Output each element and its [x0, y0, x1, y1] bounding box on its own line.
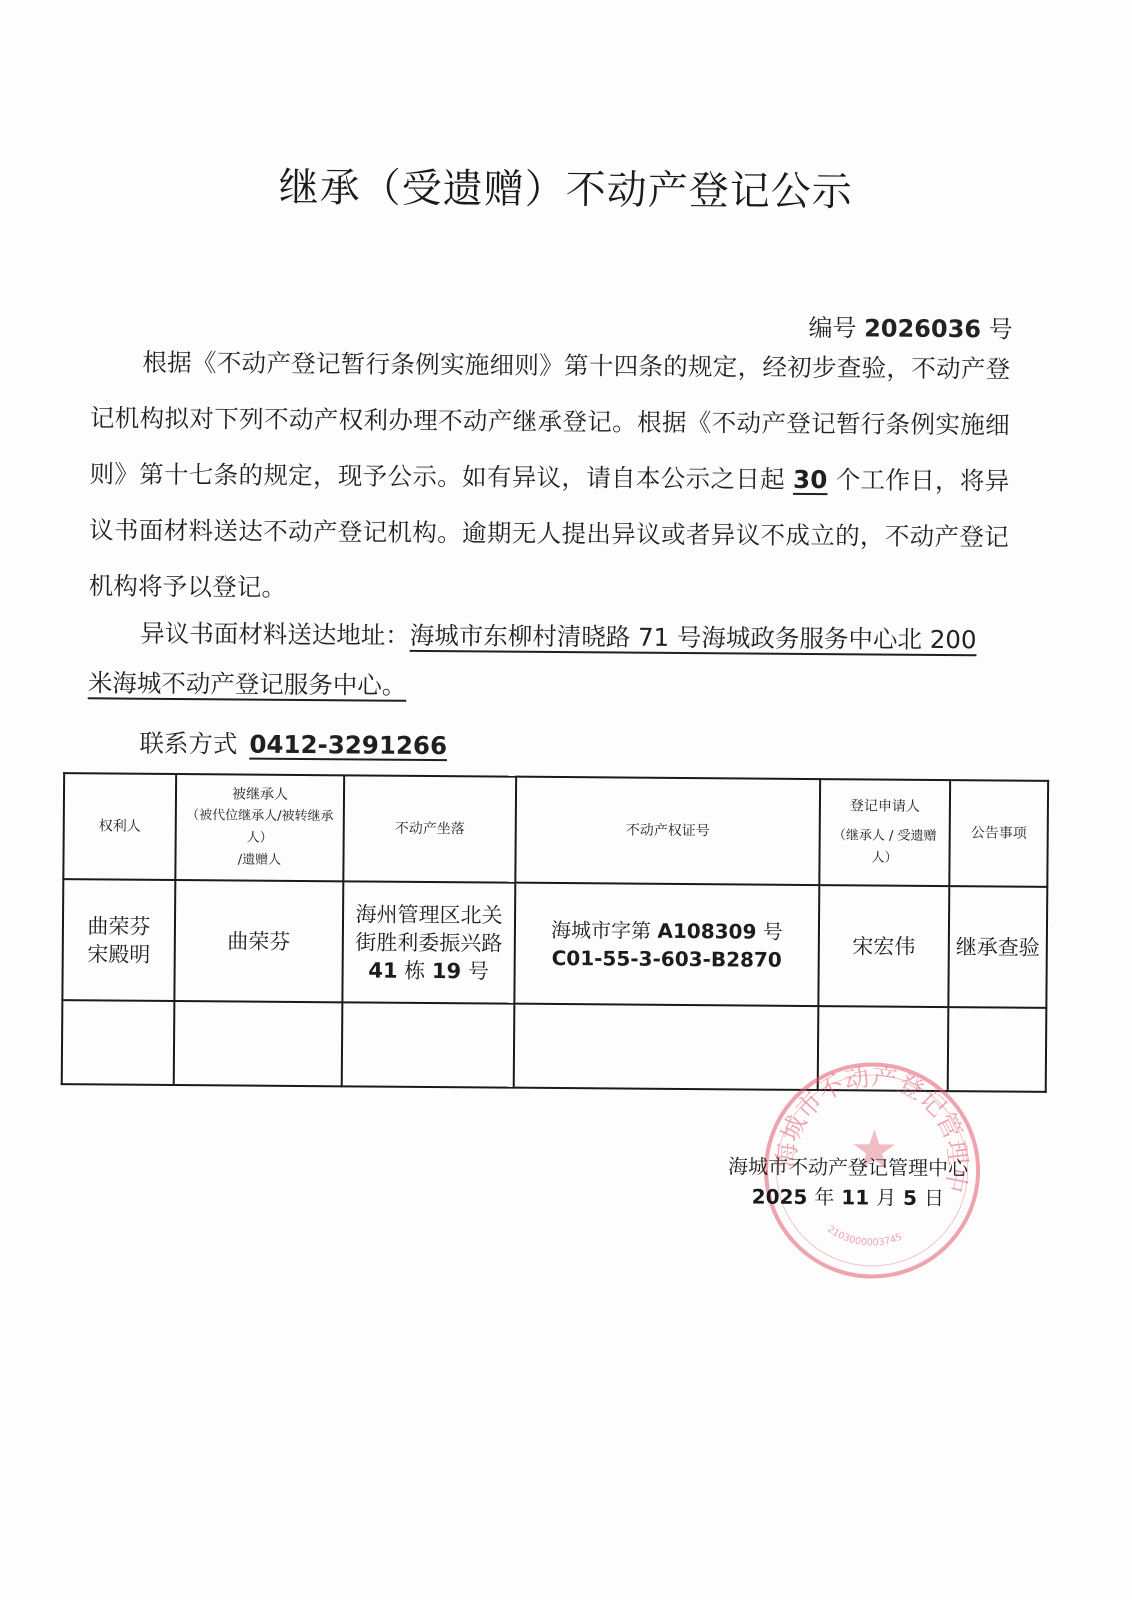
seal-serial-text: 2103000003745 — [825, 1224, 904, 1249]
header-applicant: 登记申请人 （继承人 / 受遗赠人） — [819, 779, 950, 886]
location-building-no: 41 — [368, 958, 397, 982]
empty-cell — [818, 1006, 949, 1091]
cert-suffix: 号 — [763, 919, 783, 943]
notice-paragraph: 根据《不动产登记暂行条例实施细则》第十四条的规定，经初步查验，不动产登记机构拟对… — [88, 334, 1010, 621]
header-decedent-tail: /遗赠人 — [179, 849, 339, 872]
cell-notice-item: 继承查验 — [948, 886, 1047, 1008]
cell-applicant: 宋宏伟 — [818, 885, 949, 1007]
header-decedent-sub: （被代位继承人/被转继承人） — [180, 805, 340, 850]
contact-label: 联系方式 — [139, 729, 237, 759]
empty-cell — [62, 1000, 175, 1085]
date-year: 2025 — [752, 1185, 808, 1209]
svg-text:2103000003745: 2103000003745 — [825, 1224, 904, 1249]
serial-suffix: 号 — [989, 315, 1013, 343]
cert-line2: C01-55-3-603-B2870 — [519, 943, 815, 973]
registration-table: 权利人 被继承人 （被代位继承人/被转继承人） /遗赠人 不动产坐落 不动产权证… — [61, 772, 1049, 1093]
header-applicant-main: 登记申请人 — [824, 795, 946, 818]
header-notice-item: 公告事项 — [949, 780, 1048, 887]
cell-location: 海州管理区北关街胜利委振兴路 41 栋 19 号 — [342, 881, 515, 1003]
location-line1: 海州管理区北关街胜利委振兴路 — [347, 900, 511, 957]
contact-info: 联系方式0412-3291266 — [139, 725, 447, 762]
header-decedent: 被继承人 （被代位继承人/被转继承人） /遗赠人 — [175, 774, 344, 881]
address-label: 异议书面材料送达地址： — [140, 619, 410, 650]
objection-days: 30 — [793, 465, 828, 494]
objection-address-paragraph: 异议书面材料送达地址：海城市东柳村清晓路 71 号海城政务服务中心北 200 米… — [88, 608, 1009, 715]
cell-decedent: 曲荣芬 — [174, 880, 343, 1002]
cell-cert-no: 海城市字第 A108309 号 C01-55-3-603-B2870 — [514, 883, 819, 1006]
cert-code: A108309 — [657, 918, 756, 943]
serial-prefix: 编号 — [808, 314, 856, 342]
cert-prefix: 海城市字第 — [551, 917, 651, 942]
table-row-empty — [62, 1000, 1047, 1092]
contact-phone: 0412-3291266 — [249, 730, 447, 761]
document-serial-number: 编号 2026036 号 — [808, 308, 1012, 345]
empty-cell — [948, 1007, 1047, 1092]
cert-unit-no: C01-55-3-603-B2870 — [552, 945, 782, 971]
table-header-row: 权利人 被继承人 （被代位继承人/被转继承人） /遗赠人 不动产坐落 不动产权证… — [63, 773, 1048, 887]
header-applicant-sub: （继承人 / 受遗赠人） — [823, 825, 945, 870]
header-cert-no: 不动产权证号 — [515, 777, 820, 885]
issue-date: 2025 年 11 月 5 日 — [708, 1181, 988, 1213]
date-day-unit: 日 — [924, 1186, 944, 1210]
cell-rights-holder: 曲荣芬 宋殿明 — [62, 879, 175, 1001]
empty-cell — [174, 1001, 343, 1086]
empty-cell — [342, 1002, 515, 1087]
location-building-unit: 栋 — [404, 958, 425, 982]
header-decedent-main: 被继承人 — [180, 783, 340, 806]
header-rights-holder: 权利人 — [63, 773, 176, 880]
date-day: 5 — [903, 1186, 917, 1210]
rights-holder-2: 宋殿明 — [67, 940, 171, 969]
page-title: 继承（受遗赠）不动产登记公示 — [0, 154, 1132, 220]
issuer-signature: 海城市不动产登记管理中心 2025 年 11 月 5 日 — [708, 1151, 988, 1213]
table-row: 曲荣芬 宋殿明 曲荣芬 海州管理区北关街胜利委振兴路 41 栋 19 号 海城市… — [62, 879, 1047, 1008]
location-door-unit: 号 — [468, 959, 489, 983]
date-month: 11 — [841, 1185, 869, 1209]
empty-cell — [514, 1004, 819, 1090]
date-month-unit: 月 — [876, 1186, 896, 1210]
document-page: 继承（受遗赠）不动产登记公示 编号 2026036 号 根据《不动产登记暂行条例… — [0, 0, 1132, 1600]
rights-holder-1: 曲荣芬 — [67, 912, 171, 941]
serial-number: 2026036 — [864, 314, 981, 343]
date-year-unit: 年 — [814, 1185, 834, 1209]
issuer-organization: 海城市不动产登记管理中心 — [708, 1151, 988, 1183]
location-line2: 41 栋 19 号 — [347, 956, 511, 985]
cert-line1: 海城市字第 A108309 号 — [519, 915, 815, 945]
header-location: 不动产坐落 — [343, 775, 516, 882]
location-door-no: 19 — [432, 959, 461, 983]
